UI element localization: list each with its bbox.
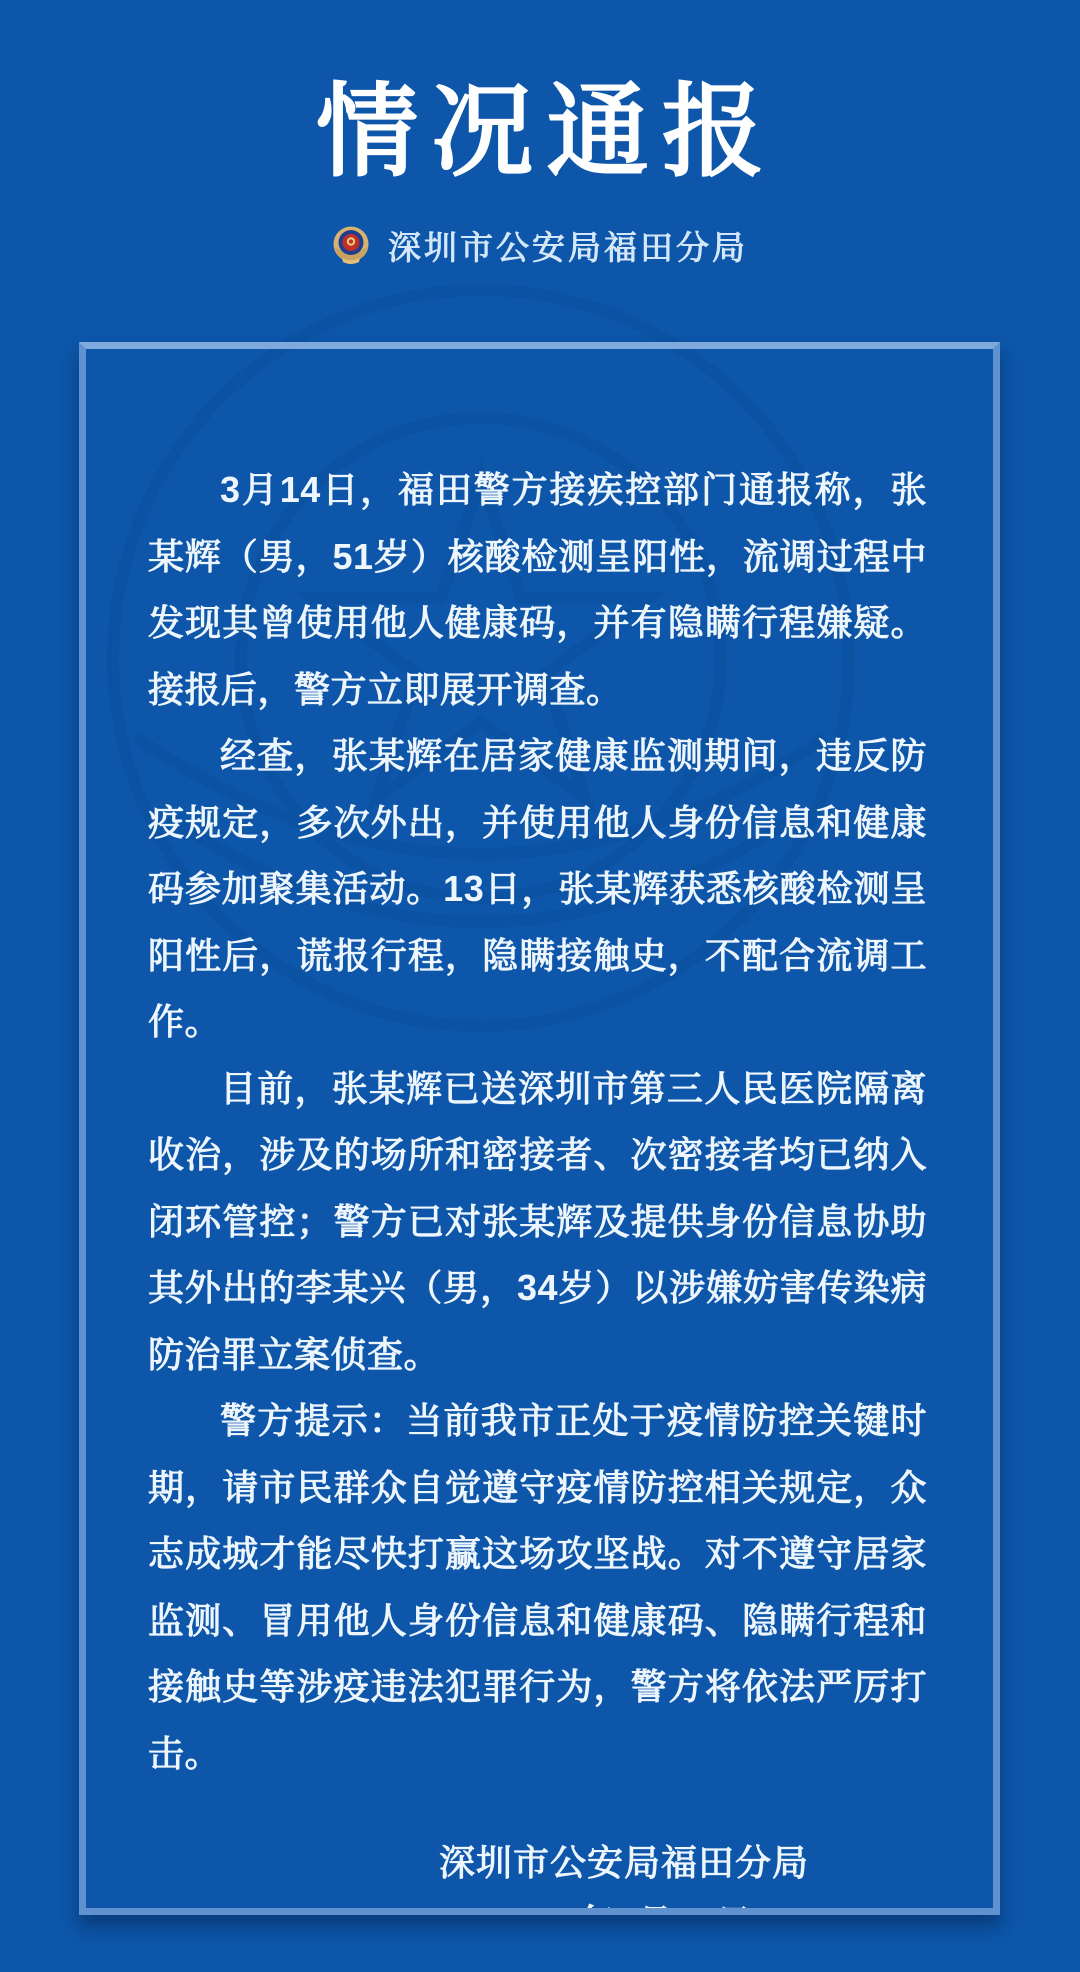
notice-paragraph-2: 经查，张某辉在居家健康监测期间，违反防疫规定，多次外出，并使用他人身份信息和健康… — [148, 723, 927, 1056]
police-notice-poster: 情况通报 深圳市公安局福田分局 3月14日，福田警 — [0, 0, 1080, 1972]
header-agency-line: 深圳市公安局福田分局 — [0, 222, 1080, 269]
signature-agency: 深圳市公安局福田分局 — [439, 1833, 809, 1893]
page-title: 情况通报 — [0, 78, 1080, 190]
header-agency-name: 深圳市公安局福田分局 — [388, 222, 748, 269]
notice-body: 3月14日，福田警方接疾控部门通报称，张某辉（男，51岁）核酸检测呈阳性，流调过… — [148, 457, 927, 1787]
signature-date: 2022年3月17日 — [439, 1893, 809, 1915]
notice-paragraph-4: 警方提示：当前我市正处于疫情防控关键时期，请市民群众自觉遵守疫情防控相关规定，众… — [148, 1388, 927, 1787]
signature-block: 深圳市公安局福田分局 2022年3月17日 — [439, 1833, 809, 1915]
notice-paragraph-1: 3月14日，福田警方接疾控部门通报称，张某辉（男，51岁）核酸检测呈阳性，流调过… — [148, 457, 927, 723]
notice-box: 3月14日，福田警方接疾控部门通报称，张某辉（男，51岁）核酸检测呈阳性，流调过… — [79, 342, 1000, 1915]
notice-paragraph-3: 目前，张某辉已送深圳市第三人民医院隔离收治，涉及的场所和密接者、次密接者均已纳入… — [148, 1056, 927, 1389]
police-badge-icon — [332, 225, 370, 267]
